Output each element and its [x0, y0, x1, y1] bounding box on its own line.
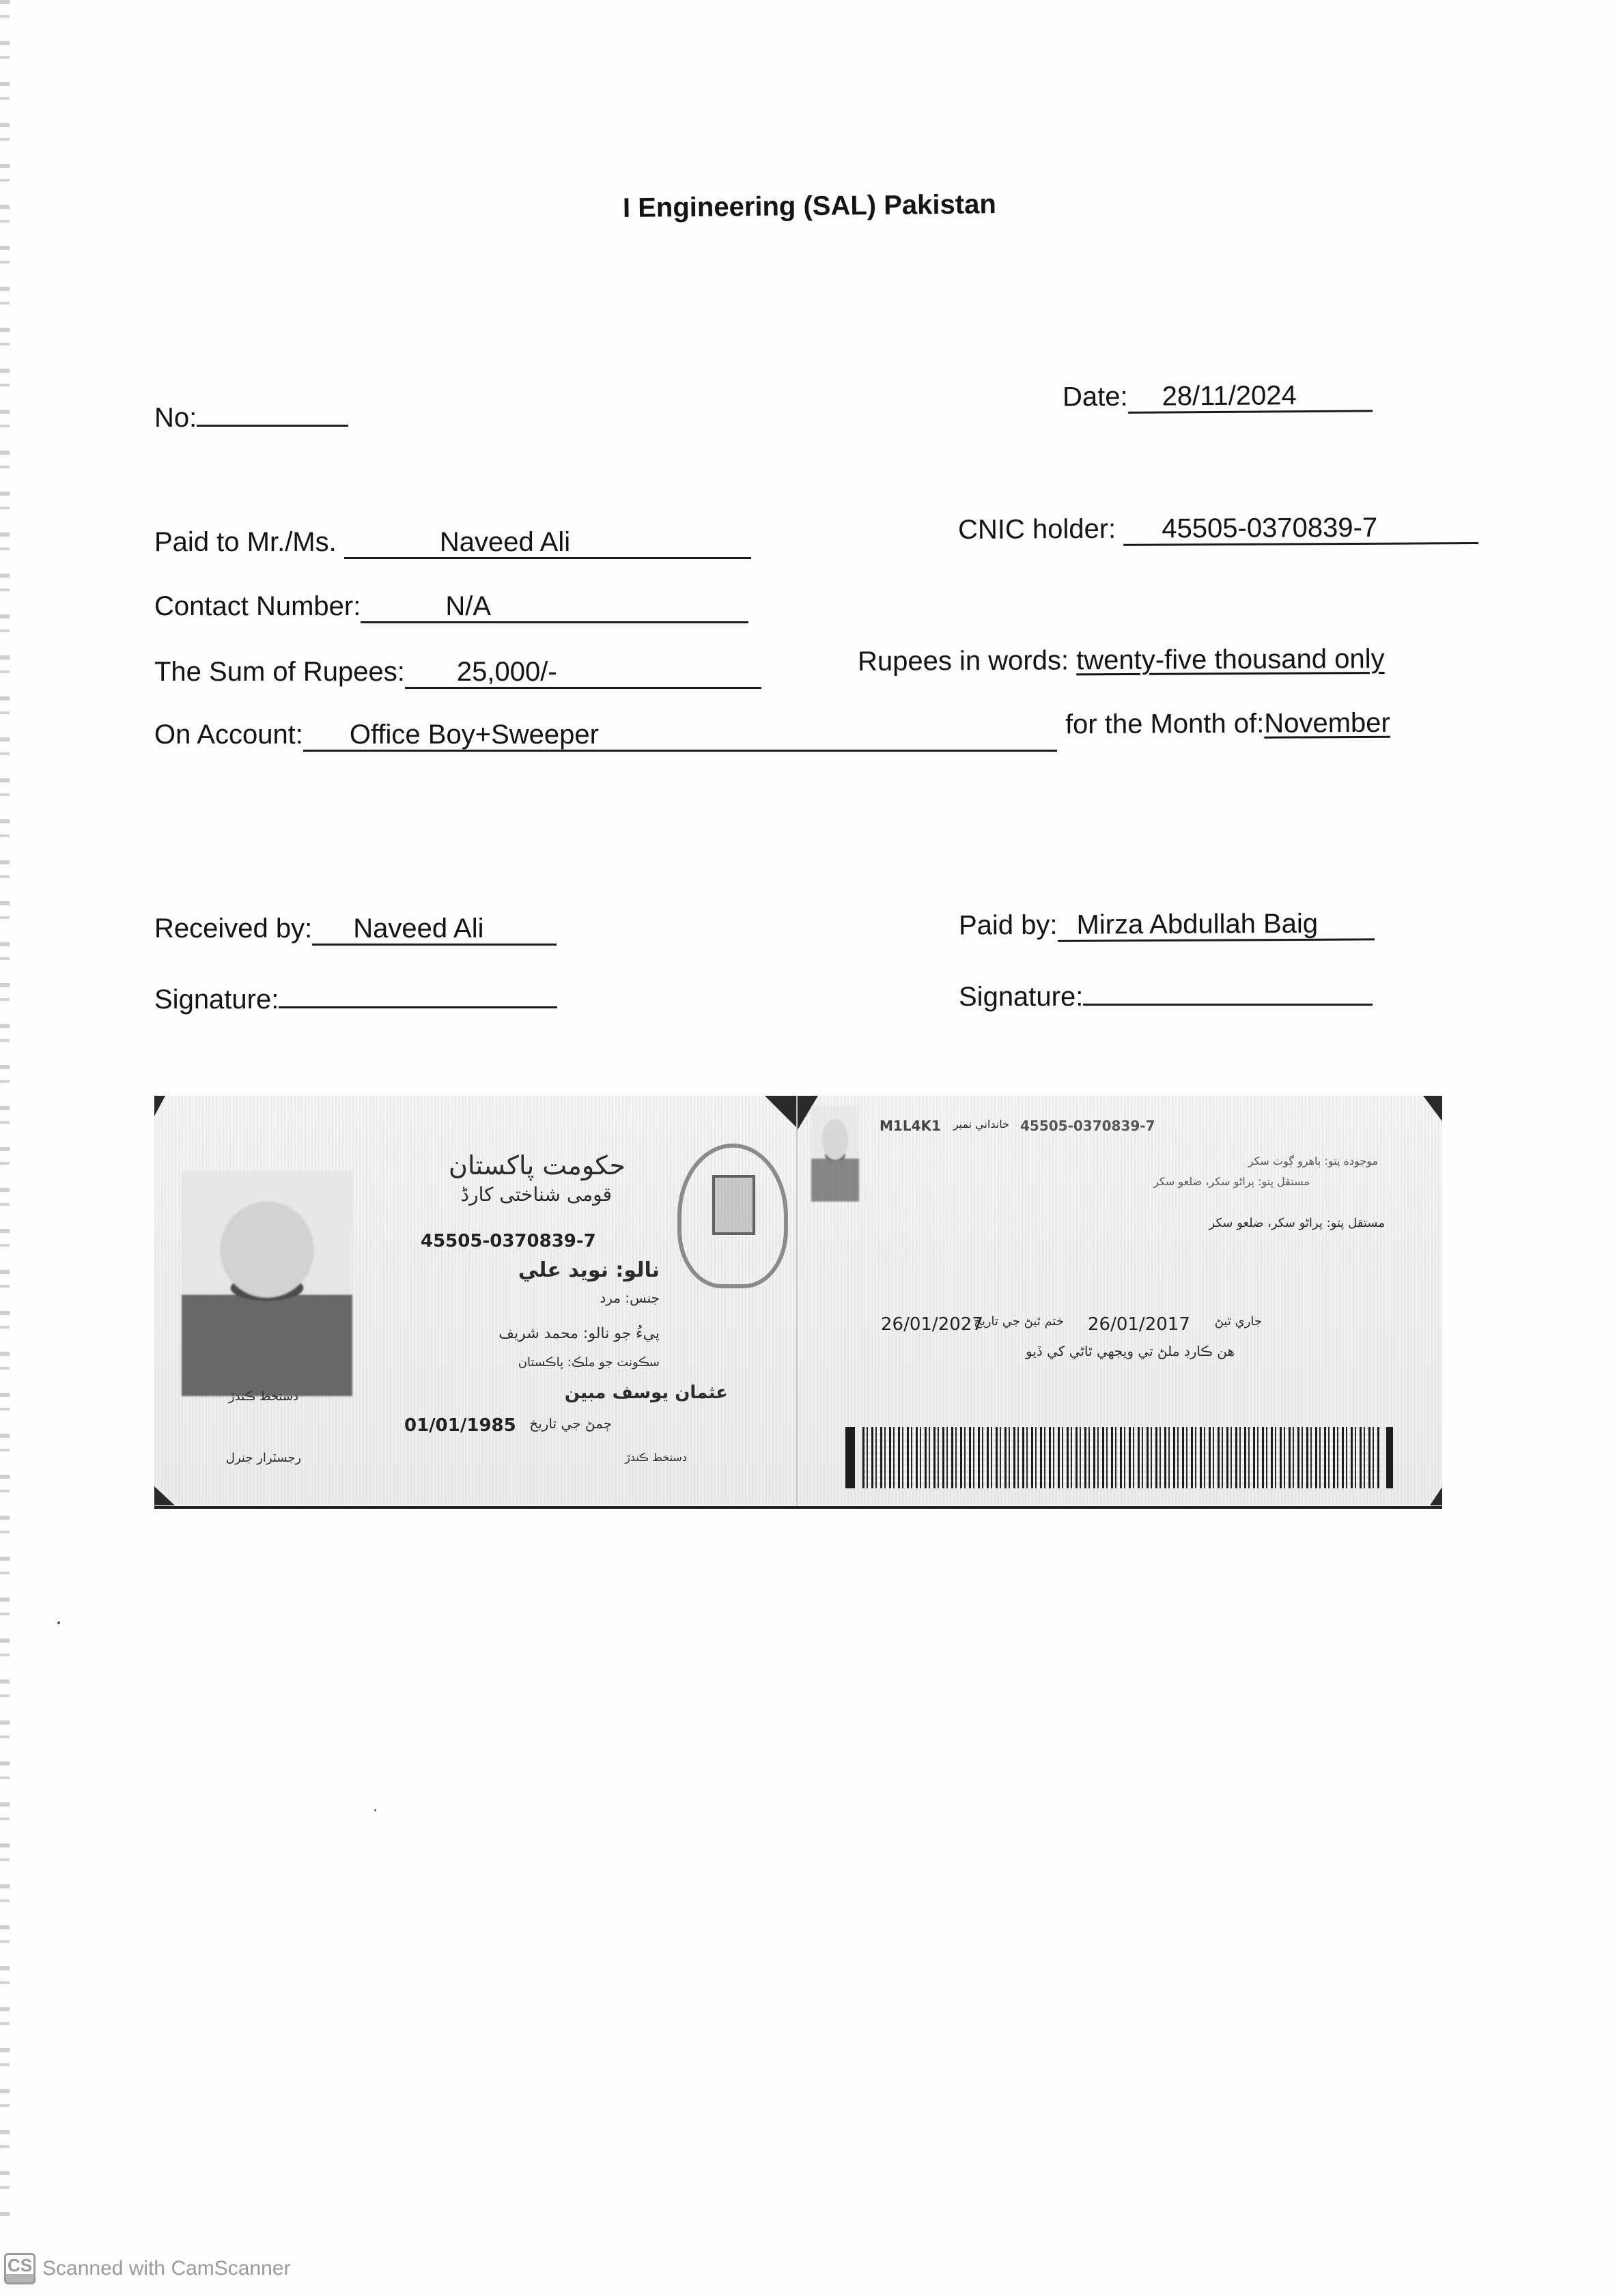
gender-urdu: جنس: مرد — [496, 1290, 660, 1306]
signature-right-label: Signature: — [959, 982, 1083, 1012]
cnic-holder-value: 45505-0370839-7 — [1123, 513, 1478, 546]
card-bottom-edge — [154, 1506, 1442, 1509]
corner-mark-icon — [154, 1096, 165, 1116]
date-field: Date:28/11/2024 — [1063, 380, 1373, 414]
paid-to-label: Paid to Mr./Ms. — [154, 527, 337, 557]
pdf417-barcode — [862, 1427, 1381, 1488]
issuer-signature: عثمان يوسف مبين — [550, 1383, 728, 1403]
sum-of-rupees-label: The Sum of Rupees: — [154, 657, 405, 687]
scan-speck — [57, 1621, 60, 1624]
camscanner-watermark: CS Scanned with CamScanner — [4, 2253, 291, 2284]
cnic-back: M1L4K1 خانداني نمبر 45505-0370839-7 موجو… — [796, 1096, 1442, 1505]
present-address-urdu: موجوده پتو: ٻاهرو ڳوٺ سکر — [1037, 1154, 1378, 1167]
corner-mark-icon — [1430, 1485, 1442, 1505]
document-title: I Engineering (SAL) Pakistan — [623, 189, 996, 224]
barcode-guard — [1386, 1427, 1393, 1488]
state-emblem-icon — [677, 1144, 788, 1288]
contact-number-value: N/A — [361, 593, 748, 623]
address-line-urdu: مستقل پتو: پراڻو سکر، ضلعو سکر — [1002, 1216, 1385, 1230]
signature-right-field: Signature: — [959, 975, 1373, 1012]
holder-photo-small — [811, 1106, 859, 1202]
date-label: Date: — [1063, 382, 1128, 412]
paid-to-value: Naveed Ali — [344, 528, 751, 559]
no-value — [197, 423, 348, 427]
paid-to-field: Paid to Mr./Ms. Naveed Ali — [154, 527, 751, 559]
scan-speck — [374, 1809, 376, 1811]
date-of-issue-label: جاري ٿيڻ — [1194, 1314, 1262, 1329]
received-by-field: Received by:Naveed Ali — [154, 913, 557, 946]
holder-name-urdu: نالو: نوید علي — [455, 1258, 660, 1282]
no-field: No: — [154, 403, 348, 434]
registrar-label: دستخط ڪندڙ — [550, 1451, 687, 1464]
back-identity-number: 45505-0370839-7 — [1020, 1118, 1155, 1134]
date-of-expiry-label: ختم ٿيڻ جي تاريخ — [982, 1314, 1064, 1329]
no-label: No: — [154, 403, 197, 433]
front-identity-number: 45505-0370839-7 — [421, 1231, 596, 1251]
month-value: November — [1264, 708, 1390, 739]
father-name-urdu: پيءُ جو نالو: محمد شريف — [441, 1325, 660, 1342]
date-of-issue: 26/01/2017 — [1088, 1314, 1190, 1335]
watermark-text: Scanned with CamScanner — [42, 2257, 291, 2280]
sum-of-rupees-value: 25,000/- — [405, 658, 761, 689]
card-header-urdu: حکومت پاکستان — [407, 1150, 625, 1180]
sum-of-rupees-field: The Sum of Rupees:25,000/- — [154, 657, 761, 689]
paid-by-field: Paid by:Mirza Abdullah Baig — [959, 908, 1375, 942]
barcode-guard — [845, 1427, 855, 1488]
month-label: for the Month of: — [1065, 709, 1265, 740]
family-code-label: خانداني نمبر — [941, 1118, 1009, 1131]
corner-mark-icon — [1423, 1096, 1442, 1123]
on-account-field: On Account:Office Boy+Sweeper — [154, 720, 1057, 752]
holder-signature-label: دستخط ڪندڙ — [182, 1389, 346, 1404]
cnic-front: حکومت پاکستان قومی شناختی کارڈ 45505-037… — [154, 1096, 796, 1505]
signature-right-line — [1083, 975, 1373, 1006]
country-urdu: سڪونت جو ملڪ: پاڪستان — [441, 1355, 660, 1370]
signature-left-line — [279, 978, 557, 1008]
contact-number-field: Contact Number:N/A — [154, 591, 748, 623]
month-field: for the Month of:November — [1065, 708, 1390, 740]
signature-left-field: Signature: — [154, 978, 557, 1015]
family-code: M1L4K1 — [880, 1118, 941, 1134]
corner-mark-icon — [154, 1486, 175, 1505]
on-account-label: On Account: — [154, 720, 303, 750]
cnic-holder-label: CNIC holder: — [958, 514, 1116, 545]
card-subheader-urdu: قومی شناختی کارڈ — [407, 1183, 612, 1206]
date-of-birth-label: ڄمڻ جي تاريخ — [509, 1415, 612, 1432]
on-account-value: Office Boy+Sweeper — [303, 721, 1057, 752]
date-value: 28/11/2024 — [1127, 381, 1372, 413]
scan-edge-artifact — [0, 0, 10, 2226]
paid-by-value: Mirza Abdullah Baig — [1057, 909, 1374, 941]
cnic-card-copy: حکومت پاکستان قومی شناختی کارڈ 45505-037… — [154, 1096, 1442, 1505]
date-of-birth: 01/01/1985 — [404, 1415, 516, 1436]
date-of-expiry: 26/01/2027 — [881, 1314, 983, 1335]
signature-left-label: Signature: — [154, 984, 279, 1015]
rupees-in-words-label: Rupees in words: — [858, 645, 1069, 677]
received-by-label: Received by: — [154, 913, 312, 944]
corner-mark-icon — [765, 1096, 796, 1127]
received-by-value: Naveed Ali — [312, 915, 557, 946]
rupees-in-words-value: twenty-five thousand only — [1076, 644, 1385, 675]
rupees-in-words-field: Rupees in words: twenty-five thousand on… — [858, 644, 1385, 677]
holder-photo — [182, 1171, 352, 1396]
return-notice-urdu: هن ڪارڊ ملڻ تي ويجهي ٿاڻي کي ڏيو — [907, 1343, 1235, 1359]
cnic-holder-field: CNIC holder: 45505-0370839-7 — [958, 512, 1479, 547]
paid-by-label: Paid by: — [959, 910, 1058, 941]
permanent-address-urdu: مستقل پتو: پراڻو سکر، ضلعو سکر — [1037, 1175, 1310, 1188]
issuer-label: رجسٽرار جنرل — [182, 1451, 346, 1465]
contact-number-label: Contact Number: — [154, 591, 361, 621]
camscanner-logo-icon: CS — [4, 2253, 36, 2284]
